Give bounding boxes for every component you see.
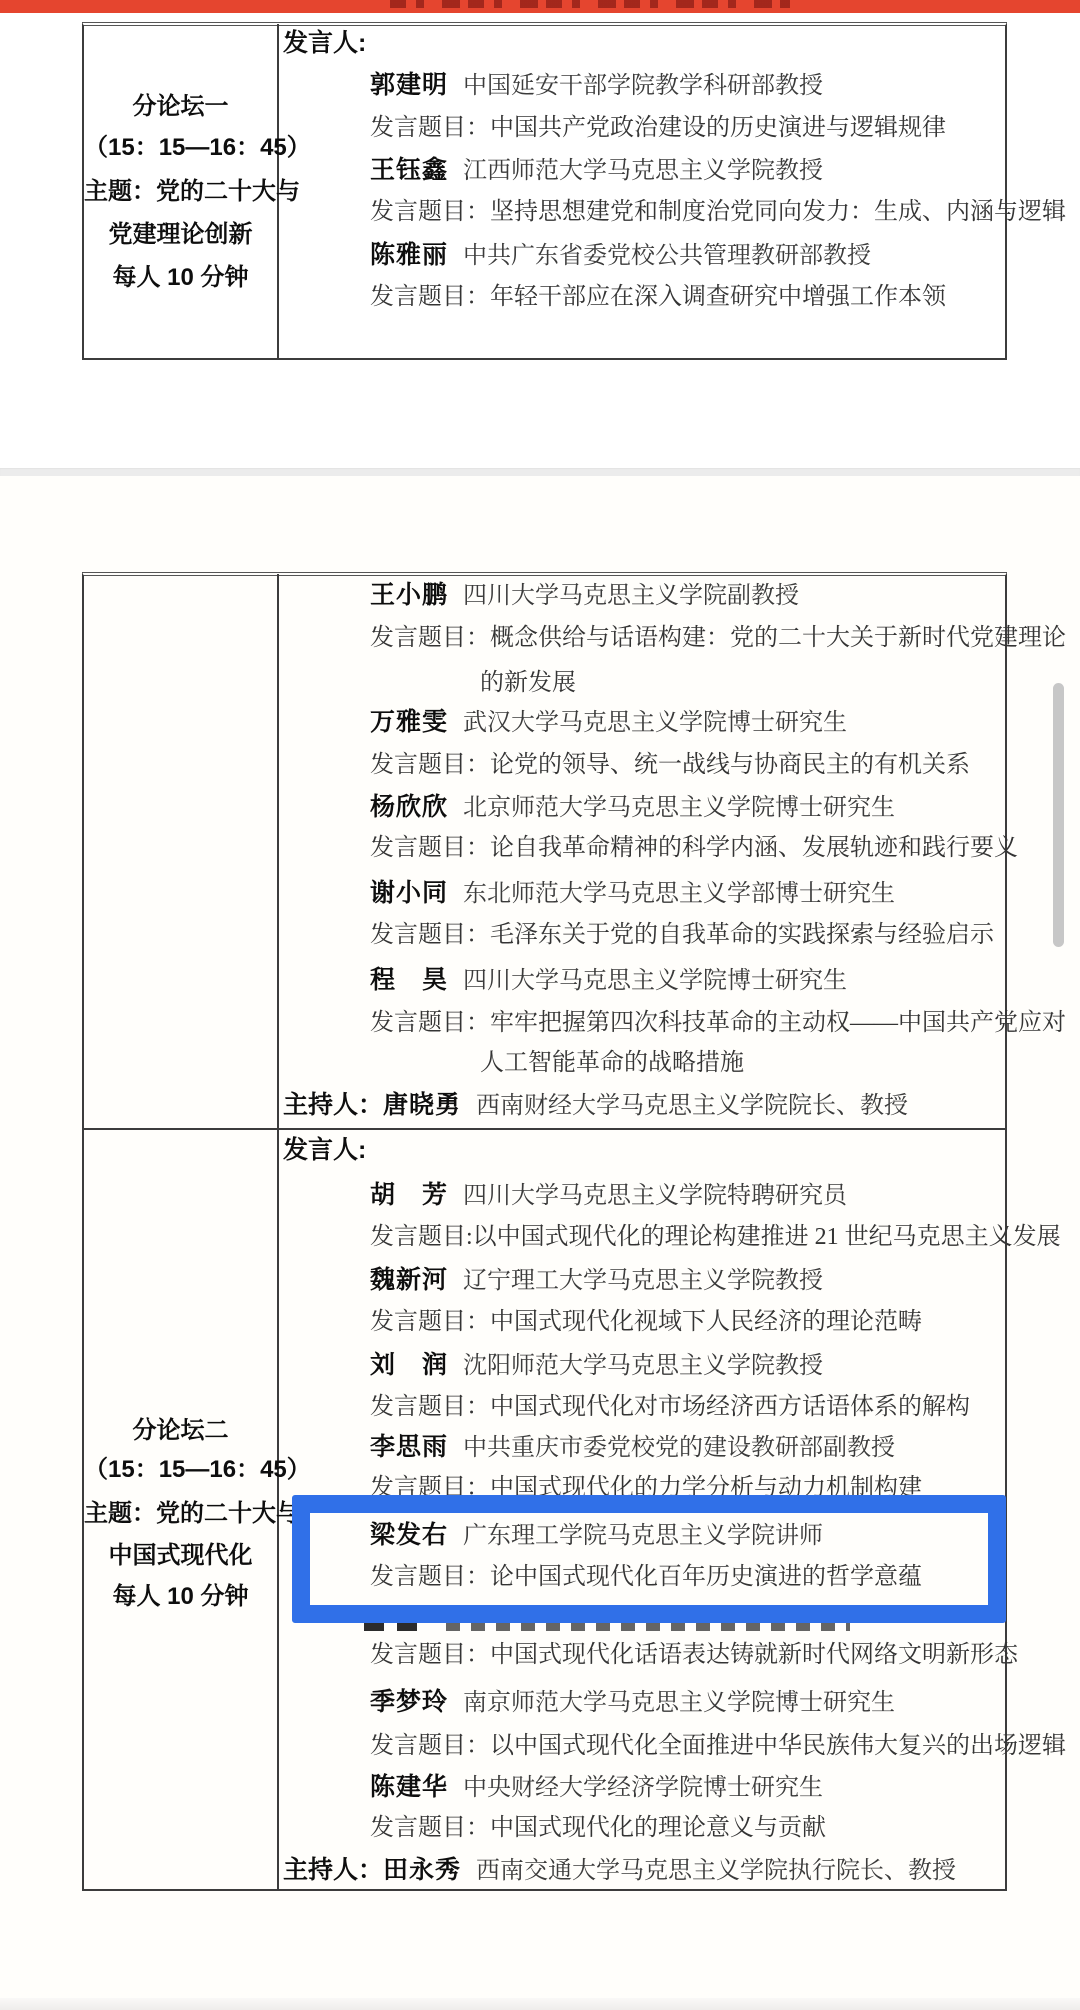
speaker-affiliation: 四川大学马克思主义学院特聘研究员 (463, 1183, 847, 1209)
speaker-affiliation: 南京师范大学马克思主义学院博士研究生 (463, 1690, 895, 1716)
speaker-line: 程 昊四川大学马克思主义学院博士研究生 (370, 965, 847, 995)
clipped-title-glyphs (390, 0, 790, 8)
obscured-speaker-affiliation-fragment (446, 1622, 850, 1631)
scrollbar-thumb[interactable] (1053, 683, 1064, 947)
speaker-line: 魏新河辽宁理工大学马克思主义学院教授 (370, 1265, 823, 1295)
speaker-line: 杨欣欣北京师范大学马克思主义学院博士研究生 (370, 792, 895, 822)
speakers-label: 发言人: (283, 1135, 366, 1165)
speaker-line: 陈建华中央财经大学经济学院博士研究生 (370, 1772, 823, 1802)
topic-line: 发言题目：论自我革命精神的科学内涵、发展轨迹和践行要义 (370, 833, 1018, 863)
session-theme-1: 主题：党的二十大与 (84, 177, 277, 207)
session-title: 分论坛二 (84, 1416, 277, 1446)
speaker-name: 万雅雯 (370, 708, 448, 736)
session-theme-2: 中国式现代化 (84, 1541, 277, 1571)
speaker-affiliation: 北京师范大学马克思主义学院博士研究生 (463, 795, 895, 821)
bottom-edge-band (0, 1998, 1080, 2010)
moderator-name: 田永秀 (383, 1856, 461, 1884)
moderator-label: 主持人： (283, 1091, 383, 1119)
speaker-line: 刘 润沈阳师范大学马克思主义学院教授 (370, 1350, 823, 1380)
speaker-affiliation: 中央财经大学经济学院博士研究生 (463, 1775, 823, 1801)
session-duration: 每人 10 分钟 (84, 1582, 277, 1612)
session-theme-1: 主题：党的二十大与 (84, 1499, 277, 1529)
speaker-name: 郭建明 (370, 71, 448, 99)
topic-line: 发言题目：牢牢把握第四次科技革命的主动权——中国共产党应对 (370, 1008, 1066, 1038)
page-break-band (0, 468, 1080, 476)
speaker-affiliation: 中共重庆市委党校党的建设教研部副教授 (463, 1435, 895, 1461)
speaker-line: 陈雅丽中共广东省委党校公共管理教研部教授 (370, 240, 871, 270)
speaker-name: 王钰鑫 (370, 156, 448, 184)
speakers-label-text: 发言人: (283, 29, 366, 57)
speaker-name: 李思雨 (370, 1433, 448, 1461)
speakers-label: 发言人: (283, 28, 366, 58)
speaker-affiliation: 中国延安干部学院教学科研部教授 (463, 73, 823, 99)
highlight-annotation-box (292, 1495, 1006, 1623)
speaker-name: 季梦玲 (370, 1688, 448, 1716)
topic-line-wrap: 的新发展 (480, 668, 576, 698)
speaker-affiliation: 江西师范大学马克思主义学院教授 (463, 158, 823, 184)
obscured-speaker-name-fragment (364, 1622, 430, 1631)
speaker-line: 郭建明中国延安干部学院教学科研部教授 (370, 70, 823, 100)
speaker-name: 程 昊 (370, 966, 448, 994)
speaker-affiliation: 四川大学马克思主义学院博士研究生 (463, 968, 847, 994)
speaker-name: 谢小同 (370, 879, 448, 907)
speaker-line: 谢小同东北师范大学马克思主义学部博士研究生 (370, 878, 895, 908)
speaker-name: 王小鹏 (370, 581, 448, 609)
session-time: （15：15—16：45） (84, 133, 277, 163)
topic-line: 发言题目：中国式现代化的理论意义与贡献 (370, 1813, 826, 1843)
app-header-bar (0, 0, 1080, 13)
topic-line: 发言题目：概念供给与话语构建：党的二十大关于新时代党建理论 (370, 623, 1066, 653)
speaker-name: 陈雅丽 (370, 241, 448, 269)
moderator-line: 主持人：唐晓勇西南财经大学马克思主义学院院长、教授 (283, 1090, 908, 1120)
speakers-label-text: 发言人: (283, 1136, 366, 1164)
topic-line: 发言题目：坚持思想建党和制度治党同向发力：生成、内涵与逻辑 (370, 197, 1066, 227)
speaker-line: 万雅雯武汉大学马克思主义学院博士研究生 (370, 707, 847, 737)
moderator-affiliation: 西南财经大学马克思主义学院院长、教授 (476, 1093, 908, 1119)
speaker-affiliation: 中共广东省委党校公共管理教研部教授 (463, 243, 871, 269)
speaker-name: 魏新河 (370, 1266, 448, 1294)
topic-line: 发言题目：以中国式现代化全面推进中华民族伟大复兴的出场逻辑 (370, 1731, 1066, 1761)
speaker-line: 季梦玲南京师范大学马克思主义学院博士研究生 (370, 1687, 895, 1717)
moderator-name: 唐晓勇 (383, 1091, 461, 1119)
moderator-label: 主持人： (283, 1856, 383, 1884)
topic-line: 发言题目：毛泽东关于党的自我革命的实践探索与经验启示 (370, 920, 994, 950)
topic-line: 发言题目：中国共产党政治建设的历史演进与逻辑规律 (370, 113, 946, 143)
moderator-line: 主持人：田永秀西南交通大学马克思主义学院执行院长、教授 (283, 1855, 956, 1885)
speaker-line: 王钰鑫江西师范大学马克思主义学院教授 (370, 155, 823, 185)
speaker-name: 胡 芳 (370, 1181, 448, 1209)
topic-line: 发言题目：中国式现代化视域下人民经济的理论范畴 (370, 1307, 922, 1337)
session-theme-2: 党建理论创新 (84, 220, 277, 250)
speaker-name: 杨欣欣 (370, 793, 448, 821)
speaker-affiliation: 辽宁理工大学马克思主义学院教授 (463, 1268, 823, 1294)
speaker-name: 陈建华 (370, 1773, 448, 1801)
topic-line: 发言题目：论党的领导、统一战线与协商民主的有机关系 (370, 750, 970, 780)
topic-line: 发言题目：中国式现代化话语表达铸就新时代网络文明新形态 (370, 1640, 1018, 1670)
topic-line: 发言题目：中国式现代化对市场经济西方话语体系的解构 (370, 1392, 970, 1422)
topic-line: 发言题目:以中国式现代化的理论构建推进 21 世纪马克思主义发展 (370, 1222, 1061, 1252)
moderator-affiliation: 西南交通大学马克思主义学院执行院长、教授 (476, 1858, 956, 1884)
speaker-line: 王小鹏四川大学马克思主义学院副教授 (370, 580, 799, 610)
session-title: 分论坛一 (84, 92, 277, 122)
topic-line-wrap: 人工智能革命的战略措施 (480, 1048, 744, 1078)
session-duration: 每人 10 分钟 (84, 263, 277, 293)
forum2-column-divider (277, 574, 279, 1889)
speaker-line: 李思雨中共重庆市委党校党的建设教研部副教授 (370, 1432, 895, 1462)
session-time: （15：15—16：45） (84, 1455, 277, 1485)
speaker-affiliation: 沈阳师范大学马克思主义学院教授 (463, 1353, 823, 1379)
speaker-name: 刘 润 (370, 1351, 448, 1379)
speaker-line: 胡 芳四川大学马克思主义学院特聘研究员 (370, 1180, 847, 1210)
forum2-row-divider (84, 1128, 1005, 1130)
speaker-affiliation: 武汉大学马克思主义学院博士研究生 (463, 710, 847, 736)
topic-line: 发言题目：年轻干部应在深入调查研究中增强工作本领 (370, 282, 946, 312)
speaker-affiliation: 四川大学马克思主义学院副教授 (463, 583, 799, 609)
speaker-affiliation: 东北师范大学马克思主义学部博士研究生 (463, 881, 895, 907)
